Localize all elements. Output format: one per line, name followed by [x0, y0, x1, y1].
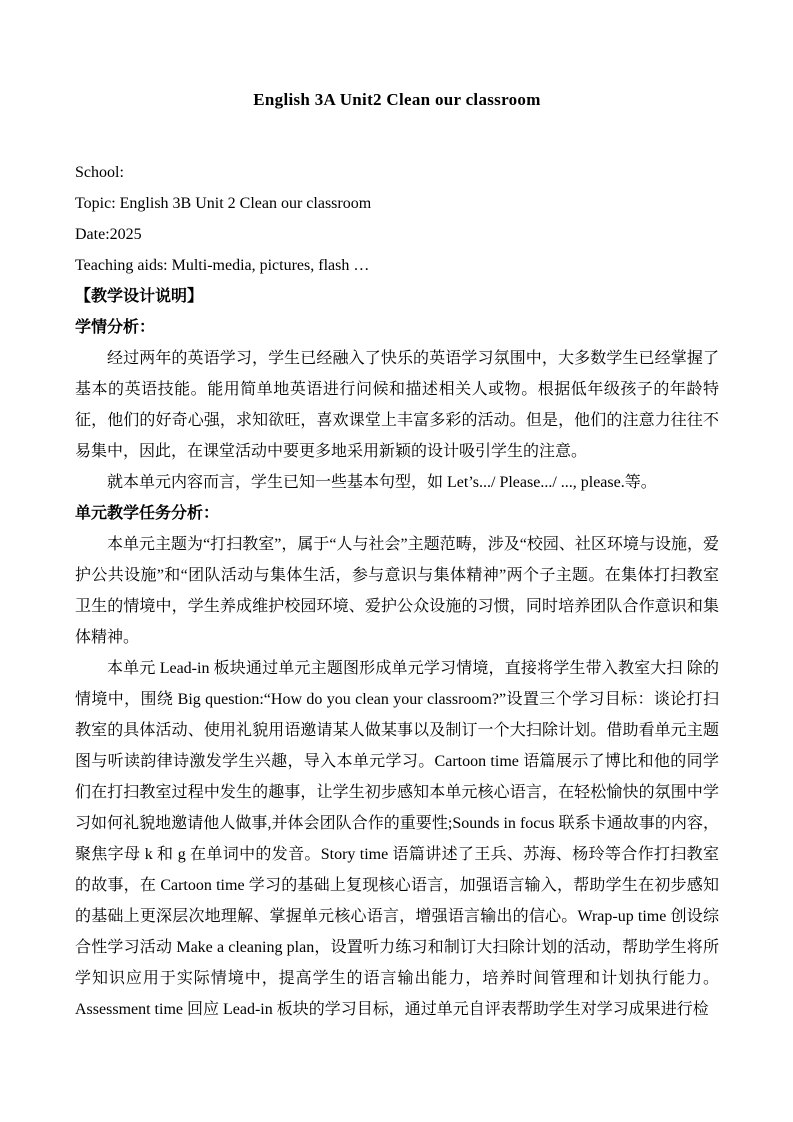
meta-date: Date:2025 [75, 219, 719, 250]
paragraph-unit-task-analysis-1: 本单元主题为“打扫教室”，属于“人与社会”主题范畴，涉及“校园、社区环境与设施，… [75, 529, 719, 653]
meta-teaching-aids: Teaching aids: Multi-media, pictures, fl… [75, 250, 719, 281]
subsection-heading-learner-analysis: 学情分析： [75, 312, 719, 343]
paragraph-learner-analysis-2: 就本单元内容而言，学生已知一些基本句型，如 Let’s.../ Please..… [75, 467, 719, 498]
meta-school: School: [75, 157, 719, 188]
document-title: English 3A Unit2 Clean our classroom [75, 84, 719, 115]
subsection-heading-unit-task-analysis: 单元教学任务分析： [75, 498, 719, 529]
meta-topic: Topic: English 3B Unit 2 Clean our class… [75, 188, 719, 219]
paragraph-unit-task-analysis-2: 本单元 Lead-in 板块通过单元主题图形成单元学习情境，直接将学生带入教室大… [75, 653, 719, 1025]
section-heading-teaching-design-notes: 【教学设计说明】 [75, 281, 719, 312]
document-page: English 3A Unit2 Clean our classroom Sch… [0, 0, 793, 1122]
paragraph-learner-analysis-1: 经过两年的英语学习，学生已经融入了快乐的英语学习氛围中，大多数学生已经掌握了基本… [75, 343, 719, 467]
